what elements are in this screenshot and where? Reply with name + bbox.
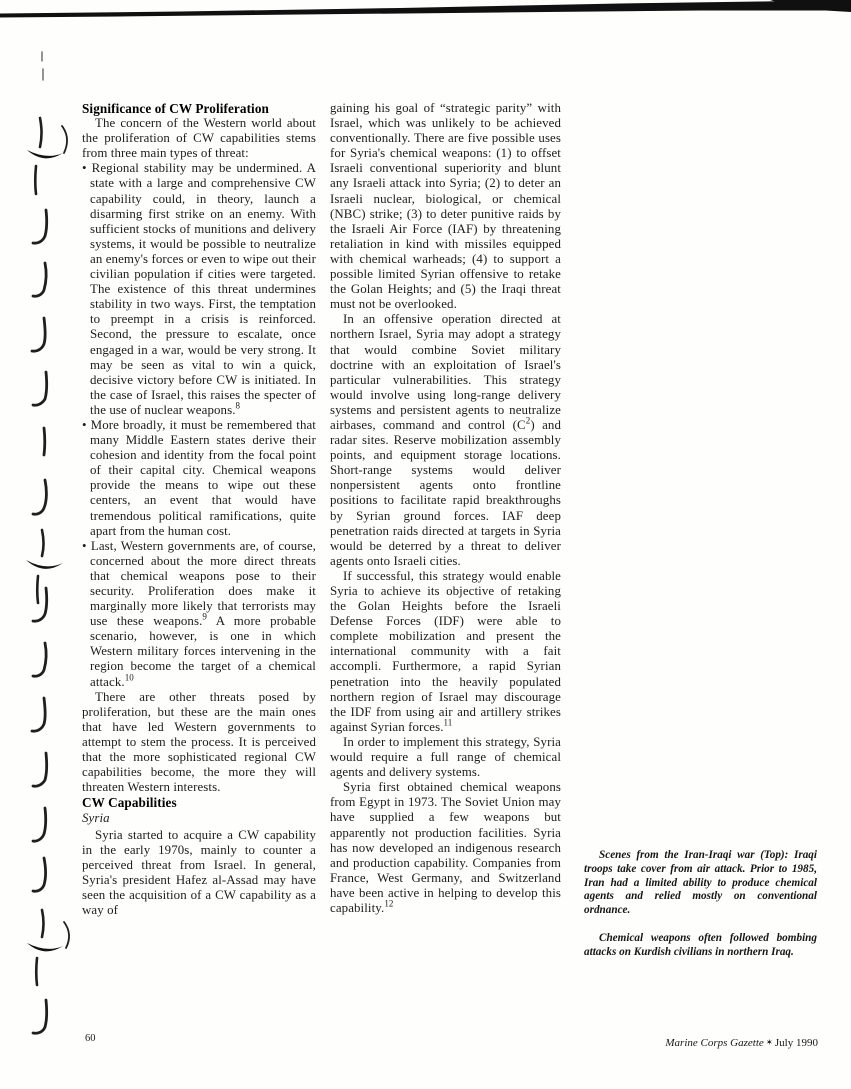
bullet-text: • Regional stability may be undermined. … xyxy=(82,161,316,417)
paragraph-other-threats: There are other threats posed by prolife… xyxy=(82,690,316,796)
paragraph-text: If successful, this strategy would enabl… xyxy=(330,569,561,734)
paragraph-syria-start: Syria started to acquire a CW capability… xyxy=(82,828,316,919)
section-heading-significance: Significance of CW Proliferation xyxy=(82,101,316,116)
caption-paragraph-2: Chemical weapons often followed bombing … xyxy=(584,932,817,960)
bullet-more-broadly: • More broadly, it must be remembered th… xyxy=(82,418,316,539)
scanned-magazine-page: Significance of CW Proliferation The con… xyxy=(0,0,851,1089)
caption-paragraph-1: Scenes from the Iran-Iraqi war (Top): Ir… xyxy=(584,849,817,918)
paragraph-if-successful: If successful, this strategy would enabl… xyxy=(330,569,561,735)
bullet-regional-stability: • Regional stability may be undermined. … xyxy=(82,161,316,418)
journal-footer: Marine Corps Gazette✶July 1990 xyxy=(540,1037,818,1049)
footnote-ref-8: 8 xyxy=(236,401,241,411)
paragraph-text: ) and radar sites. Reserve mobilization … xyxy=(330,418,561,568)
journal-title: Marine Corps Gazette xyxy=(665,1037,763,1049)
article-column-left: Significance of CW Proliferation The con… xyxy=(82,101,316,918)
paragraph-text: In an offensive operation directed at no… xyxy=(330,312,561,432)
scan-top-edge xyxy=(0,0,851,26)
article-column-right: gaining his goal of “strategic parity” w… xyxy=(330,101,561,916)
page-number: 60 xyxy=(85,1033,96,1044)
section-heading-cw-capabilities: CW Capabilities xyxy=(82,795,316,810)
issue-date: July 1990 xyxy=(775,1037,818,1049)
photo-caption: Scenes from the Iran-Iraqi war (Top): Ir… xyxy=(584,849,817,960)
binding-marks xyxy=(0,0,95,1089)
footnote-ref-11: 11 xyxy=(444,718,453,728)
paragraph-syria-egypt: Syria first obtained chemical weapons fr… xyxy=(330,780,561,916)
paragraph-offensive-operation: In an offensive operation directed at no… xyxy=(330,312,561,569)
paragraph-intro: The concern of the Western world about t… xyxy=(82,116,316,161)
paragraph-implement-strategy: In order to implement this strategy, Syr… xyxy=(330,735,561,780)
bullet-last-western: • Last, Western governments are, of cour… xyxy=(82,539,316,690)
footnote-ref-10: 10 xyxy=(125,672,134,682)
subheading-syria: Syria xyxy=(82,811,316,826)
paragraph-text: Syria first obtained chemical weapons fr… xyxy=(330,780,561,915)
paragraph-strategic-parity: gaining his goal of “strategic parity” w… xyxy=(330,101,561,312)
star-separator-icon: ✶ xyxy=(764,1037,775,1047)
footnote-ref-12: 12 xyxy=(384,899,393,909)
